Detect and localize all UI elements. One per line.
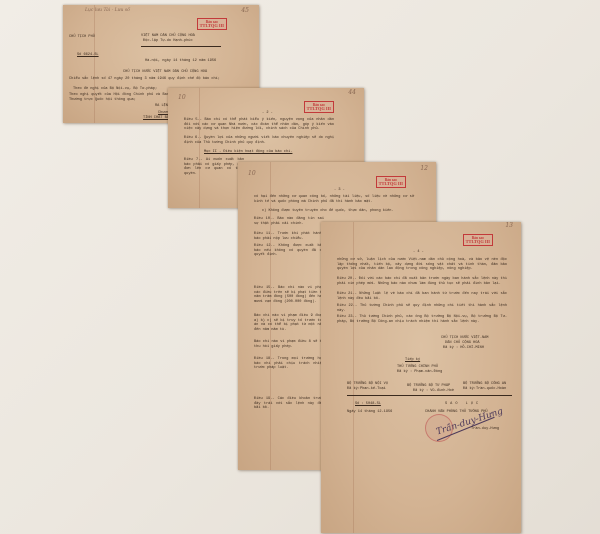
countersign-label: Tiếp ký xyxy=(405,358,420,363)
preamble-3: Theo nghị quyết của Hội đồng Chính phủ v… xyxy=(69,93,169,102)
president-title-2: DÂN CHỦ CỘNG HOÀ xyxy=(445,341,480,346)
page-number: - 4 - xyxy=(413,250,424,255)
article-22: Điều 22.- Thủ tướng Chính phủ sẽ quy địn… xyxy=(337,304,507,313)
page-corner-mark: 44 xyxy=(348,91,356,96)
pm-signature: Đã ký : Phạm-văn-Đồng xyxy=(397,370,442,375)
minister-3-title: BỘ TRƯỞNG BỘ CÔNG AN xyxy=(463,382,506,387)
document-page-4: 13 Bản sao TTLTQG III - 4 - những cơ sở,… xyxy=(321,222,521,533)
page-corner-mark: 12 xyxy=(420,167,428,172)
minister-1-title: BỘ TRƯỞNG BỘ NỘI VỤ xyxy=(347,382,388,387)
page-corner-mark: 45 xyxy=(241,9,249,14)
pm-title: THỦ TƯỚNG CHÍNH PHỦ xyxy=(397,365,438,370)
page-number: - 3 - xyxy=(334,188,345,193)
article-21: Điều 21.- Những luật lệ về báo chí đã ba… xyxy=(337,292,507,301)
article-15: Điều 15.- Báo chí nào vi phạm các điều t… xyxy=(254,286,324,304)
decree-date: Hà-nội, ngày 14 tháng 12 năm 1956 xyxy=(145,59,216,64)
decree-issuer: CHỦ TỊCH NƯỚC VIỆT NAM DÂN CHỦ CỘNG HOÀ xyxy=(123,70,207,75)
article-5: Điều 5.- Báo chí có thể phát biểu ý kiến… xyxy=(184,118,334,132)
handwritten-note: Lục lưu Tài - Lưu số xyxy=(85,9,130,14)
stamp-line-2: TTLTQG III xyxy=(379,182,403,186)
article-18: Điều 18.- Trong mọi trường hợp báo chí p… xyxy=(254,357,324,371)
header-motto: Độc-lập Tự-do Hạnh-phúc xyxy=(143,39,193,44)
president-title-1: CHỦ TỊCH NƯỚC VIỆT-NAM xyxy=(441,336,488,341)
president-signature: Đã ký : HỒ-CHÍ-MINH xyxy=(443,346,484,351)
article-23: Điều 23.- Thủ tướng Chính phủ, các ông B… xyxy=(337,315,507,324)
article-10: Điều 10.- Báo nào đăng tin sai sự thật p… xyxy=(254,217,324,226)
signer-name: Trần-duy-Hưng xyxy=(471,427,499,432)
item-c: c) Không được tuyên truyền cho đế quốc, … xyxy=(262,209,412,214)
copy-number: Số : 5048-SL xyxy=(355,402,381,407)
section-2-title: Mục II - Điều kiện hoạt động của báo chí… xyxy=(204,150,292,155)
preamble-2: Theo đề nghị của Bộ Nội-vụ, Bộ Tư-pháp; xyxy=(73,87,173,92)
decree-number: Số 6624-SL xyxy=(77,53,99,58)
article-7: Điều 7.- Ai muốn xuất bản báo phải có gi… xyxy=(184,158,244,176)
article-12: Điều 12.- Không được xuất bản báo nếu kh… xyxy=(254,244,324,258)
copy-label: SAO LỤC xyxy=(445,402,481,407)
archive-stamp: Bản sao TTLTQG III xyxy=(463,234,493,246)
copy-date: Ngày 14 tháng 12-1956 xyxy=(347,410,392,415)
page-corner-mark: 13 xyxy=(505,224,513,229)
paragraph-1: những cơ sở, luận lịch của nước Việt-nam… xyxy=(337,258,507,272)
paragraph-3: Báo chí nào vi phạm điều 8 sẽ bị thu hồi… xyxy=(254,340,324,349)
archive-stamp: Bản sao TTLTQG III xyxy=(304,101,334,113)
article-20: Điều 20.- Đối với các báo chí đã xuất bả… xyxy=(337,277,507,286)
minister-2-signed: Đã ký : Vũ-đình-Hoè xyxy=(413,389,454,394)
archive-stamp: Bản sao TTLTQG III xyxy=(197,18,227,30)
paragraph-1: có hại đến những cơ quan công bố, những … xyxy=(254,195,414,204)
stamp-line-2: TTLTQG III xyxy=(307,107,331,111)
stamp-line-2: TTLTQG III xyxy=(466,240,490,244)
minister-1-signed: Đã ký:Phan-kế-Toại xyxy=(347,387,386,392)
article-19: Điều 19.- Các điều khoản trước đây trái … xyxy=(254,397,324,411)
paragraph-2: Báo chí nào vi phạm điều 9 đoạn a) b) c)… xyxy=(254,314,324,332)
handwritten-note: 10 xyxy=(248,172,256,177)
header-rule xyxy=(141,46,221,47)
header-country: VIỆT NAM DÂN CHỦ CỘNG HOÀ xyxy=(141,34,195,39)
preamble-1: Chiểu sắc lệnh số 47 ngày 20 tháng 3 năm… xyxy=(69,77,247,82)
archive-stamp: Bản sao TTLTQG III xyxy=(376,176,406,188)
article-11: Điều 11.- Trước khi phát hành, báo phải … xyxy=(254,232,324,241)
signature-rule xyxy=(347,395,512,396)
header-left: CHỦ TỊCH PHỦ xyxy=(69,35,95,40)
stamp-line-2: TTLTQG III xyxy=(200,24,224,28)
handwritten-note: 10 xyxy=(178,96,186,101)
page-number: - 2 - xyxy=(262,111,273,116)
minister-3-signed: Đã ký:Trần-quốc-Hoàn xyxy=(463,387,506,392)
article-6: Điều 6.- Quyền lợi của những người viết … xyxy=(184,136,334,145)
minister-2-title: BỘ TRƯỞNG BỘ TƯ PHÁP xyxy=(407,384,450,389)
